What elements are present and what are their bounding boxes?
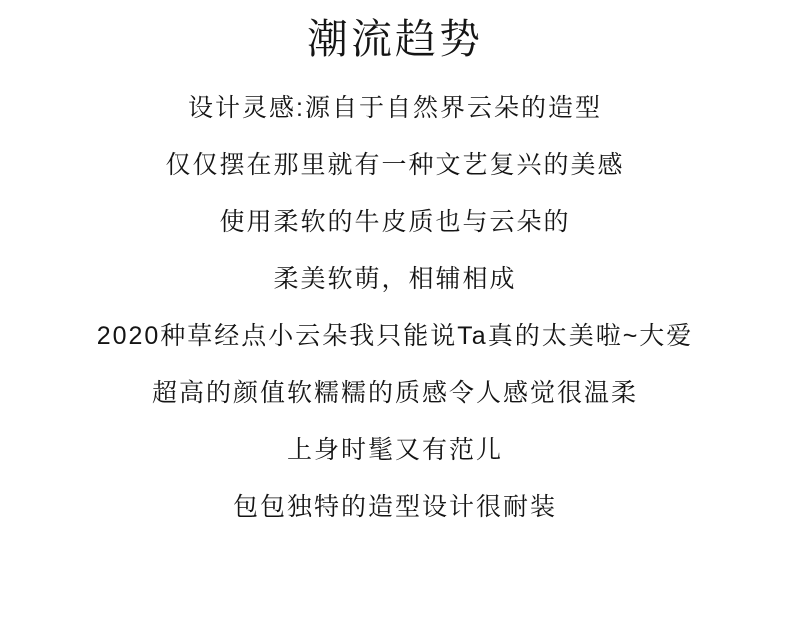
- body-line-renaissance-beauty: 仅仅摆在那里就有一种文艺复兴的美感: [0, 153, 790, 178]
- body-line-design-inspiration: 设计灵感:源自于自然界云朵的造型: [0, 96, 790, 121]
- body-line-unique-design: 包包独特的造型设计很耐装: [0, 495, 790, 520]
- body-line-high-value-texture: 超高的颜值软糯糯的质感令人感觉很温柔: [0, 381, 790, 406]
- body-line-2020-recommend: 2020种草经点小云朵我只能说Ta真的太美啦~大爱: [0, 324, 790, 349]
- body-text: 设计灵感:源自于自然界云朵的造型 仅仅摆在那里就有一种文艺复兴的美感 使用柔软的…: [0, 96, 790, 520]
- document-page: 潮流趋势 设计灵感:源自于自然界云朵的造型 仅仅摆在那里就有一种文艺复兴的美感 …: [0, 0, 790, 619]
- body-line-soft-cute: 柔美软萌，相辅相成: [0, 267, 790, 292]
- body-line-soft-leather: 使用柔软的牛皮质也与云朵的: [0, 210, 790, 235]
- body-line-fashionable: 上身时髦又有范儿: [0, 438, 790, 463]
- page-title: 潮流趋势: [0, 0, 790, 63]
